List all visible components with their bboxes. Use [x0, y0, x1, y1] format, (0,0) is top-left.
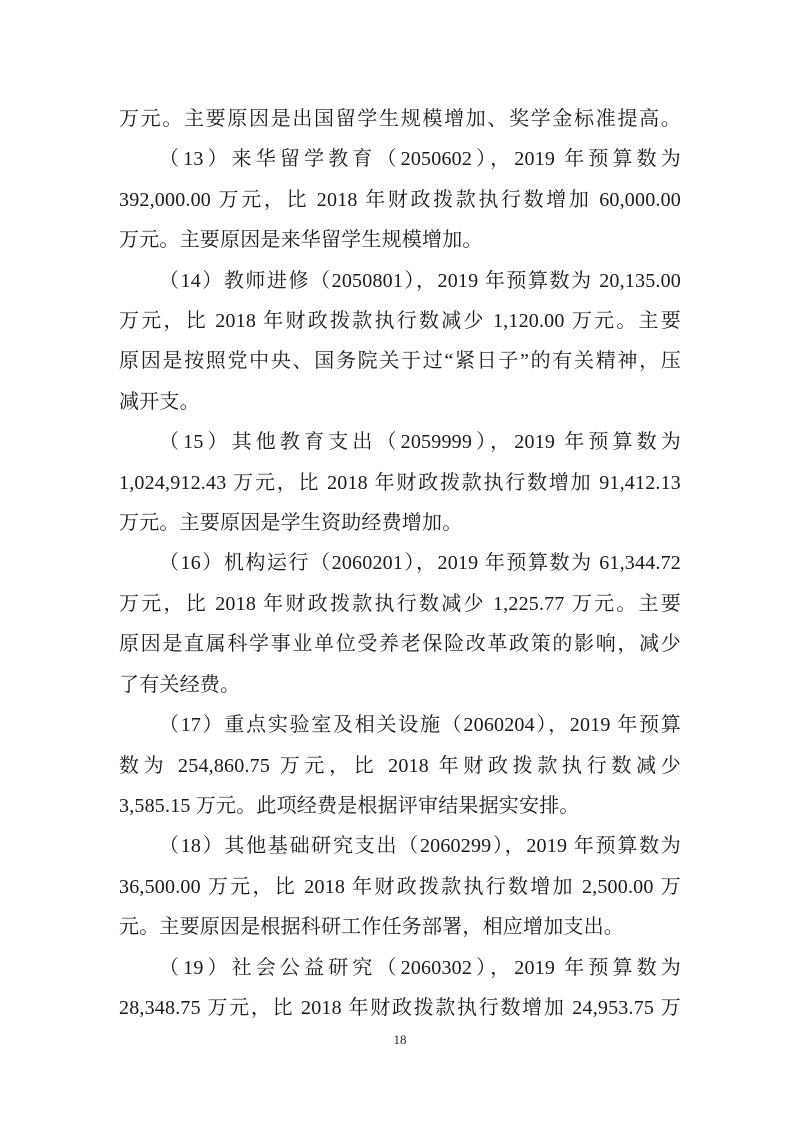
text-line: 万元，比 2018 年财政拨款执行数减少 1,225.77 万元。主要 [119, 584, 681, 624]
text-line: 万元，比 2018 年财政拨款执行数减少 1,120.00 万元。主要 [119, 301, 681, 341]
text-line: 万元。主要原因是来华留学生规模增加。 [119, 220, 681, 260]
text-line: 减开支。 [119, 382, 681, 422]
text-line: 28,348.75 万元，比 2018 年财政拨款执行数增加 24,953.75… [119, 988, 681, 1028]
text-line: （15）其他教育支出（2059999），2019 年预算数为 [119, 422, 681, 462]
text-line: 万元。主要原因是学生资助经费增加。 [119, 503, 681, 543]
text-line: 了有关经费。 [119, 665, 681, 705]
text-line: 数为 254,860.75 万元，比 2018 年财政拨款执行数减少 [119, 746, 681, 786]
text-line: 3,585.15 万元。此项经费是根据评审结果据实安排。 [119, 786, 681, 826]
text-line: 1,024,912.43 万元，比 2018 年财政拨款执行数增加 91,412… [119, 463, 681, 503]
text-line: （18）其他基础研究支出（2060299），2019 年预算数为 [119, 826, 681, 866]
text-line: （14）教师进修（2050801），2019 年预算数为 20,135.00 [119, 261, 681, 301]
text-line: 原因是按照党中央、国务院关于过“紧日子”的有关精神，压 [119, 341, 681, 381]
text-line: （17）重点实验室及相关设施（2060204），2019 年预算 [119, 705, 681, 745]
text-line: （19）社会公益研究（2060302），2019 年预算数为 [119, 948, 681, 988]
text-line: 36,500.00 万元，比 2018 年财政拨款执行数增加 2,500.00 … [119, 867, 681, 907]
text-line: （16）机构运行（2060201），2019 年预算数为 61,344.72 [119, 543, 681, 583]
text-line: 原因是直属科学事业单位受养老保险改革政策的影响，减少 [119, 624, 681, 664]
page-number: 18 [0, 1031, 800, 1049]
text-line: 392,000.00 万元，比 2018 年财政拨款执行数增加 60,000.0… [119, 180, 681, 220]
text-line: 万元。主要原因是出国留学生规模增加、奖学金标准提高。 [119, 99, 681, 139]
document-body: 万元。主要原因是出国留学生规模增加、奖学金标准提高。（13）来华留学教育（205… [119, 99, 681, 1028]
text-line: （13）来华留学教育（2050602），2019 年预算数为 [119, 139, 681, 179]
document-page: 万元。主要原因是出国留学生规模增加、奖学金标准提高。（13）来华留学教育（205… [0, 0, 800, 1132]
text-line: 元。主要原因是根据科研工作任务部署，相应增加支出。 [119, 907, 681, 947]
